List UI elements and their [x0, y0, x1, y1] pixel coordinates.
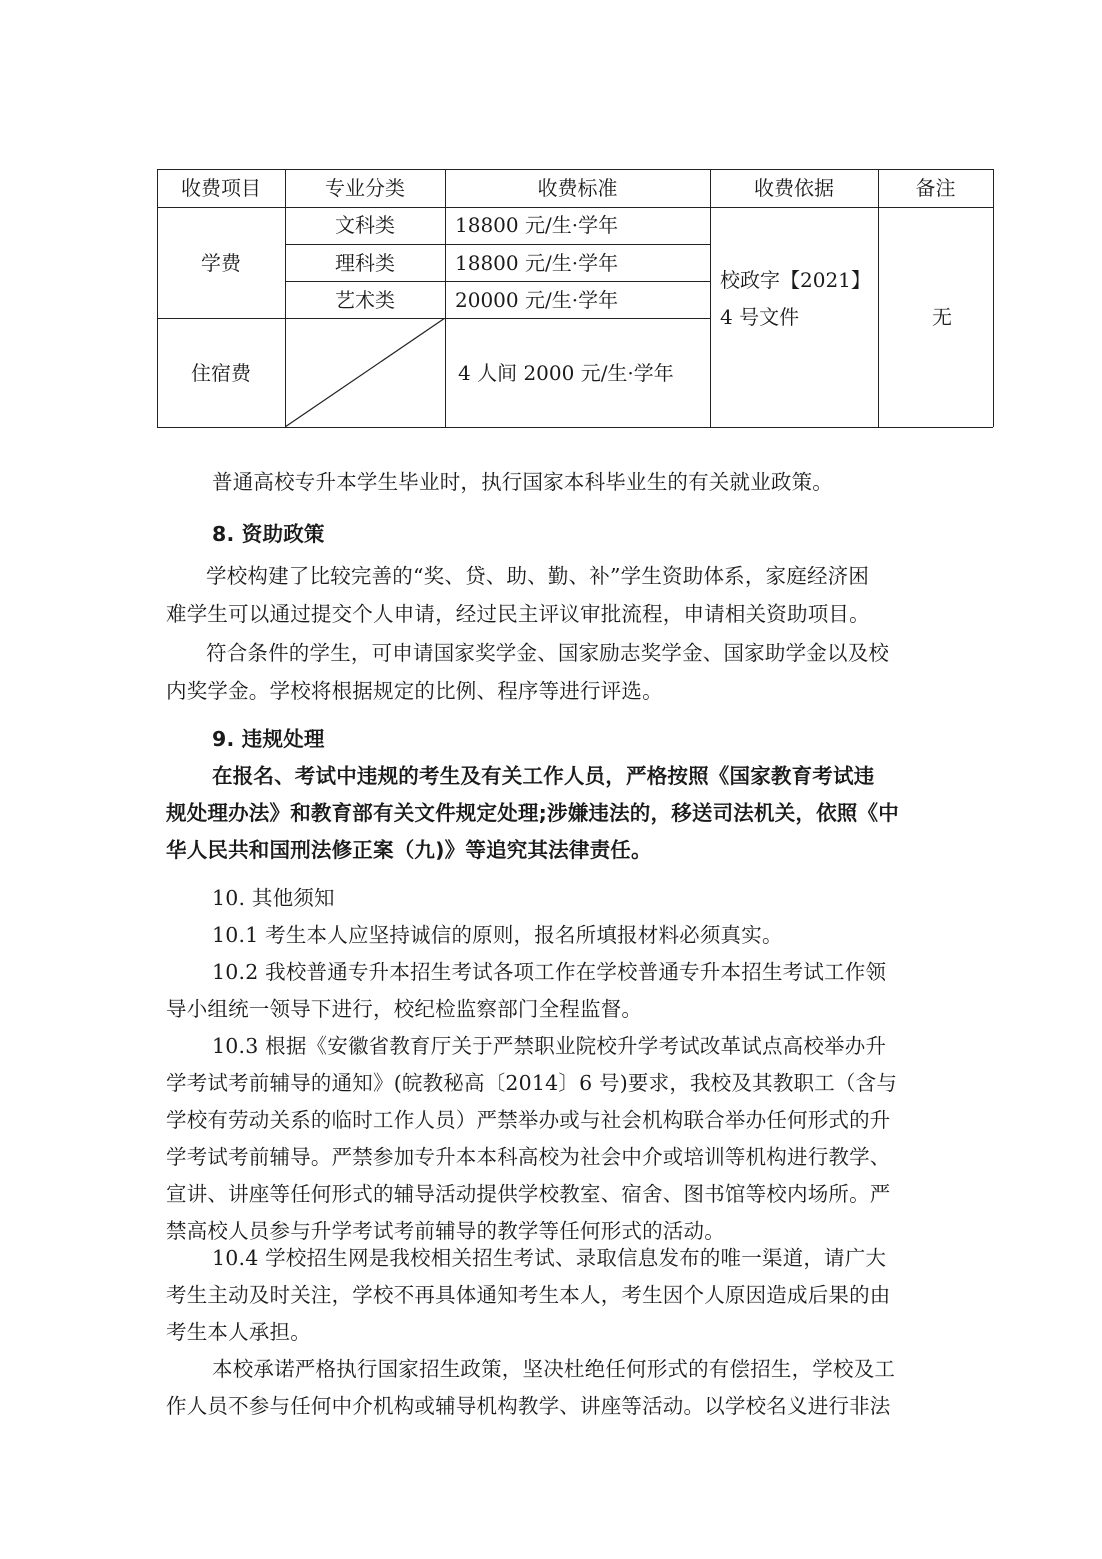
- item-10-4-cont: 考生本人承担。: [166, 1319, 311, 1345]
- section-8-paragraph-1: 学校构建了比较完善的“奖、贷、助、勤、补”学生资助体系，家庭经济困: [206, 563, 869, 589]
- tuition-label: 学费: [157, 251, 285, 275]
- item-10-3-cont: 宣讲、讲座等任何形式的辅导活动提供学校教室、宿舍、图书馆等校内场所。严: [166, 1181, 891, 1207]
- table-border-top: [157, 169, 993, 170]
- header-category: 专业分类: [285, 176, 445, 200]
- header-basis: 收费依据: [710, 176, 878, 200]
- section-10-heading: 10. 其他须知: [212, 885, 335, 911]
- pledge-paragraph-cont: 作人员不参与任何中介机构或辅导机构教学、讲座等活动。以学校名义进行非法: [166, 1393, 891, 1419]
- accommodation-standard: 4 人间 2000 元/生·学年: [458, 361, 674, 385]
- item-10-3-cont: 学考试考前辅导的通知》(皖教秘高〔2014〕6 号)要求，我校及其教职工（含与: [166, 1070, 897, 1096]
- header-standard: 收费标准: [445, 176, 710, 200]
- section-9-heading: 9. 违规处理: [212, 726, 325, 752]
- category-art: 艺术类: [285, 288, 445, 312]
- table-col-divider: [445, 169, 446, 427]
- item-10-3-cont: 禁高校人员参与升学考试考前辅导的教学等任何形式的活动。: [166, 1218, 725, 1244]
- table-col-divider: [710, 169, 711, 427]
- document-page: 收费项目 专业分类 收费标准 收费依据 备注 学费 文科类 18800 元/生·…: [0, 0, 1102, 1559]
- table-border-left: [157, 169, 158, 427]
- item-10-2-cont: 导小组统一领导下进行，校纪检监察部门全程监督。: [166, 996, 642, 1022]
- accommodation-label: 住宿费: [157, 361, 285, 385]
- header-fee-item: 收费项目: [157, 176, 285, 200]
- section-8-paragraph-2: 符合条件的学生，可申请国家奖学金、国家励志奖学金、国家助学金以及校: [206, 640, 889, 666]
- section-8-paragraph-1-cont: 难学生可以通过提交个人申请，经过民主评议审批流程，申请相关资助项目。: [166, 601, 870, 627]
- empty-cell-diagonal: [285, 318, 445, 427]
- section-8-heading: 8. 资助政策: [212, 521, 325, 547]
- pledge-paragraph: 本校承诺严格执行国家招生政策，坚决杜绝任何形式的有偿招生，学校及工: [212, 1356, 895, 1382]
- item-10-3-cont: 学考试考前辅导。严禁参加专升本本科高校为社会中介或培训等机构进行教学、: [166, 1144, 891, 1170]
- remark-value: 无: [878, 305, 1006, 329]
- item-10-4-cont: 考生主动及时关注，学校不再具体通知考生本人，考生因个人原因造成后果的由: [166, 1282, 891, 1308]
- header-remark: 备注: [878, 176, 993, 200]
- category-science: 理科类: [285, 251, 445, 275]
- table-header-divider: [157, 207, 993, 208]
- standard-science: 18800 元/生·学年: [455, 251, 618, 275]
- employment-paragraph: 普通高校专升本学生毕业时，执行国家本科毕业生的有关就业政策。: [212, 469, 833, 495]
- section-9-paragraph-cont: 华人民共和国刑法修正案（九)》等追究其法律责任。: [166, 837, 652, 863]
- item-10-3: 10.3 根据《安徽省教育厅关于严禁职业院校升学考试改革试点高校举办升: [212, 1033, 886, 1059]
- section-9-paragraph: 在报名、考试中违规的考生及有关工作人员，严格按照《国家教育考试违: [212, 763, 874, 789]
- item-10-2: 10.2 我校普通专升本招生考试各项工作在学校普通专升本招生考试工作领: [212, 959, 886, 985]
- section-8-paragraph-2-cont: 内奖学金。学校将根据规定的比例、程序等进行评选。: [166, 678, 663, 704]
- standard-art: 20000 元/生·学年: [455, 288, 618, 312]
- category-liberal-arts: 文科类: [285, 213, 445, 237]
- item-10-1: 10.1 考生本人应坚持诚信的原则，报名所填报材料必须真实。: [212, 922, 783, 948]
- table-col-divider: [878, 169, 879, 427]
- item-10-4: 10.4 学校招生网是我校相关招生考试、录取信息发布的唯一渠道，请广大: [212, 1245, 886, 1271]
- section-9-paragraph-cont: 规处理办法》和教育部有关文件规定处理;涉嫌违法的，移送司法机关，依照《中: [166, 800, 899, 826]
- basis-line-1: 校政字【2021】: [720, 268, 871, 292]
- standard-liberal-arts: 18800 元/生·学年: [455, 213, 618, 237]
- table-border-right: [993, 169, 994, 427]
- table-row-divider: [285, 244, 710, 245]
- basis-line-2: 4 号文件: [720, 305, 799, 329]
- table-border-bottom: [157, 427, 993, 428]
- item-10-3-cont: 学校有劳动关系的临时工作人员）严禁举办或与社会机构联合举办任何形式的升: [166, 1107, 891, 1133]
- table-row-divider: [285, 281, 710, 282]
